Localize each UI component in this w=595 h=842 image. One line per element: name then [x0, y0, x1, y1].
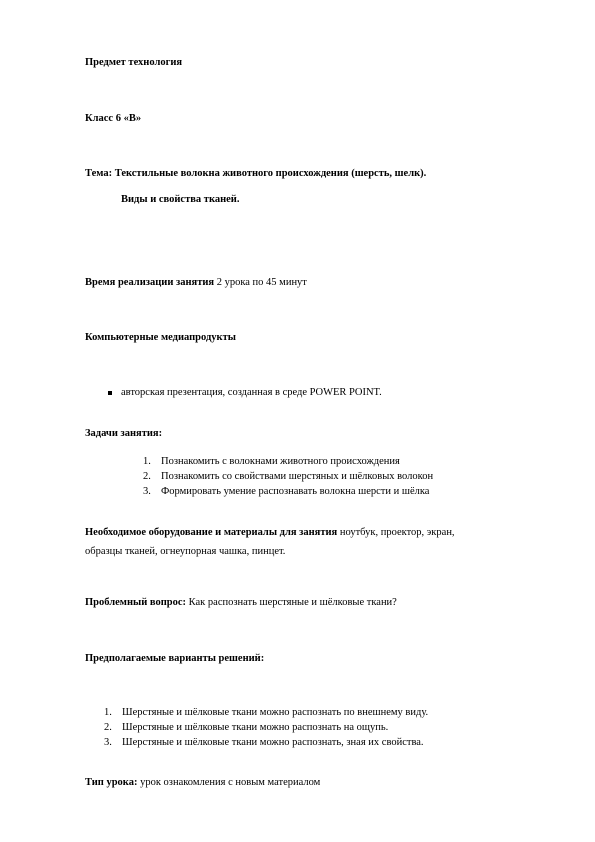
media-item: авторская презентация, созданная в среде…	[121, 387, 382, 400]
media-heading: Компьютерные медиапродукты	[85, 332, 236, 345]
tasks-heading: Задачи занятия:	[85, 428, 162, 441]
solutions-heading: Предполагаемые варианты решений:	[85, 653, 264, 666]
equipment-line-2: образцы тканей, огнеупорная чашка, пинце…	[85, 546, 285, 559]
duration-line: Время реализации занятия 2 урока по 45 м…	[85, 277, 307, 290]
lesson-type-line: Тип урока: урок ознакомления с новым мат…	[85, 777, 320, 790]
solutions-label: Предполагаемые варианты решений:	[85, 653, 264, 664]
task-item: 3.Формировать умение распознавать волокн…	[143, 486, 429, 499]
duration-label: Время реализации занятия	[85, 277, 214, 288]
class-line: Класс 6 «В»	[85, 113, 141, 126]
task-item: 1.Познакомить с волокнами животного прои…	[143, 456, 400, 469]
subject-line: Предмет технология	[85, 57, 182, 70]
problem-label: Проблемный вопрос:	[85, 597, 186, 608]
topic-subtitle-line: Виды и свойства тканей.	[121, 194, 239, 207]
solution-item: 1.Шерстяные и шёлковые ткани можно распо…	[104, 707, 428, 720]
topic-subtitle: Виды и свойства тканей.	[121, 194, 239, 205]
lesson-type-label: Тип урока:	[85, 777, 137, 788]
topic-line: Тема: Текстильные волокна животного прои…	[85, 168, 426, 181]
topic-label: Тема:	[85, 168, 112, 179]
problem-line: Проблемный вопрос: Как распознать шерстя…	[85, 597, 397, 610]
equipment-line-1: Необходимое оборудование и материалы для…	[85, 527, 455, 540]
subject-label: Предмет технология	[85, 57, 182, 68]
tasks-label: Задачи занятия:	[85, 428, 162, 439]
equipment-label: Необходимое оборудование и материалы для…	[85, 527, 337, 538]
media-label: Компьютерные медиапродукты	[85, 332, 236, 343]
solution-item: 2.Шерстяные и шёлковые ткани можно распо…	[104, 722, 388, 735]
square-bullet-icon	[108, 391, 112, 395]
task-item: 2.Познакомить со свойствами шерстяных и …	[143, 471, 433, 484]
topic-text: Текстильные волокна животного происхожде…	[115, 168, 427, 179]
solution-item: 3.Шерстяные и шёлковые ткани можно распо…	[104, 737, 424, 750]
class-label: Класс 6 «В»	[85, 113, 141, 124]
duration-value: 2 урока по 45 минут	[214, 277, 307, 288]
